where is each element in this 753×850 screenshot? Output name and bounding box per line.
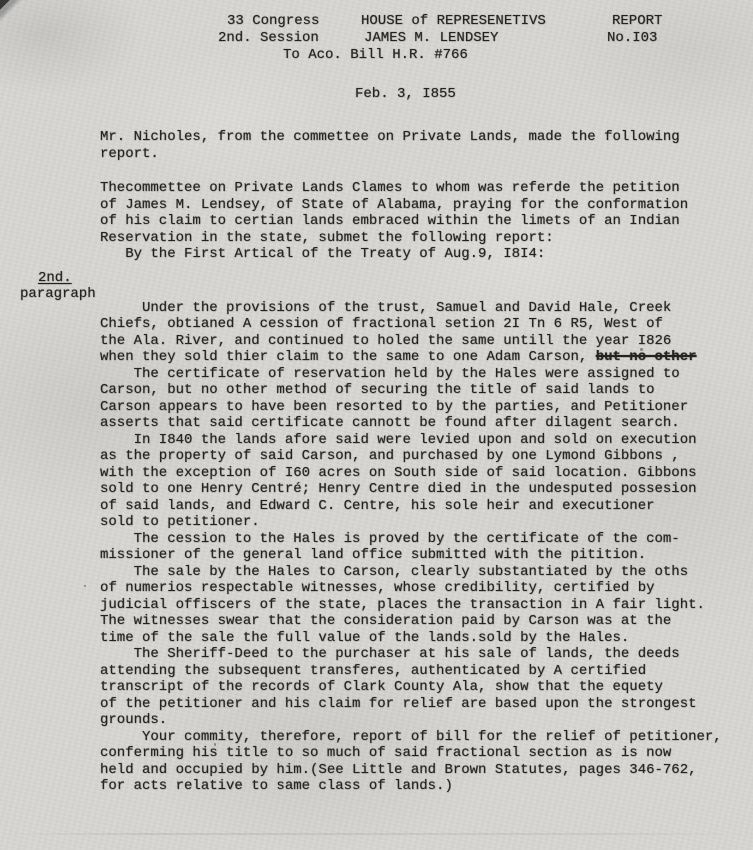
bill-reference: To Aco. Bill H.R. #766 <box>283 47 468 63</box>
text-line: Carson appears to have been resorted to … <box>100 399 745 416</box>
session-label: 2nd. Session <box>218 30 319 46</box>
paragraph: The sale by the Hales to Carson, clearly… <box>100 564 745 647</box>
text-line: The certificate of reservation held by t… <box>100 366 745 383</box>
scanned-report-page: 33 Congress HOUSE of REPRESENETIVS REPOR… <box>0 0 753 850</box>
text-line: The cession to the Hales is proved by th… <box>100 531 745 548</box>
text-line: The witnesses swear that the considerati… <box>100 613 745 630</box>
text-line: of numerios respectable witnesses, whose… <box>100 580 745 597</box>
paragraph: Mr. Nicholes, from the commettee on Priv… <box>100 129 745 162</box>
text-line: grounds. <box>100 712 745 729</box>
paragraph: In I840 the lands afore said were levied… <box>100 432 745 531</box>
congress-label: 33 Congress <box>227 13 319 29</box>
text-line: attending the subsequent transferes, aut… <box>100 663 745 680</box>
text-line: of said lands, and Edward C. Centre, his… <box>100 498 745 515</box>
subject-name: JAMES M. LENDSEY <box>364 30 498 46</box>
text-line: for acts relative to same class of lands… <box>100 778 745 795</box>
struck-text: but no other <box>596 349 697 365</box>
text-line: judicial offiscers of the state, places … <box>100 597 745 614</box>
text-line: Carson, but no other method of securing … <box>100 382 745 399</box>
text-line: Thecommettee on Private Lands Clames to … <box>100 180 745 197</box>
text-line: held and occupied by him.(See Little and… <box>100 762 745 779</box>
paragraph: The Sheriff-Deed to the purchaser at his… <box>100 646 745 729</box>
paragraph: Under the provisions of the trust, Samue… <box>100 300 745 366</box>
text-line: The sale by the Hales to Carson, clearly… <box>100 564 745 581</box>
paper-speck <box>84 585 86 587</box>
text-line: with the exception of I60 acres on South… <box>100 465 745 482</box>
text-line: The Sheriff-Deed to the purchaser at his… <box>100 646 745 663</box>
paragraph: The cession to the Hales is proved by th… <box>100 531 745 564</box>
text-line: report. <box>100 146 745 163</box>
text-line: Under the provisions of the trust, Samue… <box>100 300 745 317</box>
margin-note-line2: paragraph <box>20 286 96 302</box>
text-line: when they sold thier claim to the same t… <box>100 349 745 366</box>
text-line: Your commity, therefore, report of bill … <box>100 729 745 746</box>
text-line: missioner of the general land office sub… <box>100 547 745 564</box>
document-date: Feb. 3, I855 <box>355 86 456 102</box>
text-line: conferming his title to so much of said … <box>100 745 745 762</box>
paragraph: Your commity, therefore, report of bill … <box>100 729 745 795</box>
text-line: sold to petitioner. <box>100 514 745 531</box>
text-line: Mr. Nicholes, from the commettee on Priv… <box>100 129 745 146</box>
text-line: Chiefs, obtianed A cession of fractional… <box>100 316 745 333</box>
text-segment: when they sold thier claim to the same t… <box>100 349 596 365</box>
text-line: of the petitioner and his claim for reli… <box>100 696 745 713</box>
text-line: time of the sale the full value of the l… <box>100 630 745 647</box>
paragraph: The certificate of reservation held by t… <box>100 366 745 432</box>
margin-note-line1: 2nd. <box>38 270 96 286</box>
paragraph: Thecommettee on Private Lands Clames to … <box>100 180 745 263</box>
report-number: No.I03 <box>607 30 657 46</box>
paper-crease <box>0 833 753 835</box>
text-line: transcript of the records of Clark Count… <box>100 679 745 696</box>
text-line: Reservation in the state, submet the fol… <box>100 230 745 247</box>
chamber-label: HOUSE of REPRESENETIVS <box>361 13 546 29</box>
margin-note: 2nd. paragraph <box>20 270 96 302</box>
text-line: sold to one Henry Centré; Henry Centre d… <box>100 481 745 498</box>
corner-smudge-artifact <box>0 0 26 26</box>
text-line: of his claim to certian lands embraced w… <box>100 213 745 230</box>
text-line: the Ala. River, and continued to holed t… <box>100 333 745 350</box>
text-line: In I840 the lands afore said were levied… <box>100 432 745 449</box>
text-line: of James M. Lendsey, of State of Alabama… <box>100 197 745 214</box>
text-line: asserts that said certificate cannott be… <box>100 415 745 432</box>
text-line: By the First Artical of the Treaty of Au… <box>100 246 745 263</box>
text-line: as the property of said Carson, and purc… <box>100 448 745 465</box>
report-body: Mr. Nicholes, from the commettee on Priv… <box>100 129 745 795</box>
report-label: REPORT <box>612 13 662 29</box>
